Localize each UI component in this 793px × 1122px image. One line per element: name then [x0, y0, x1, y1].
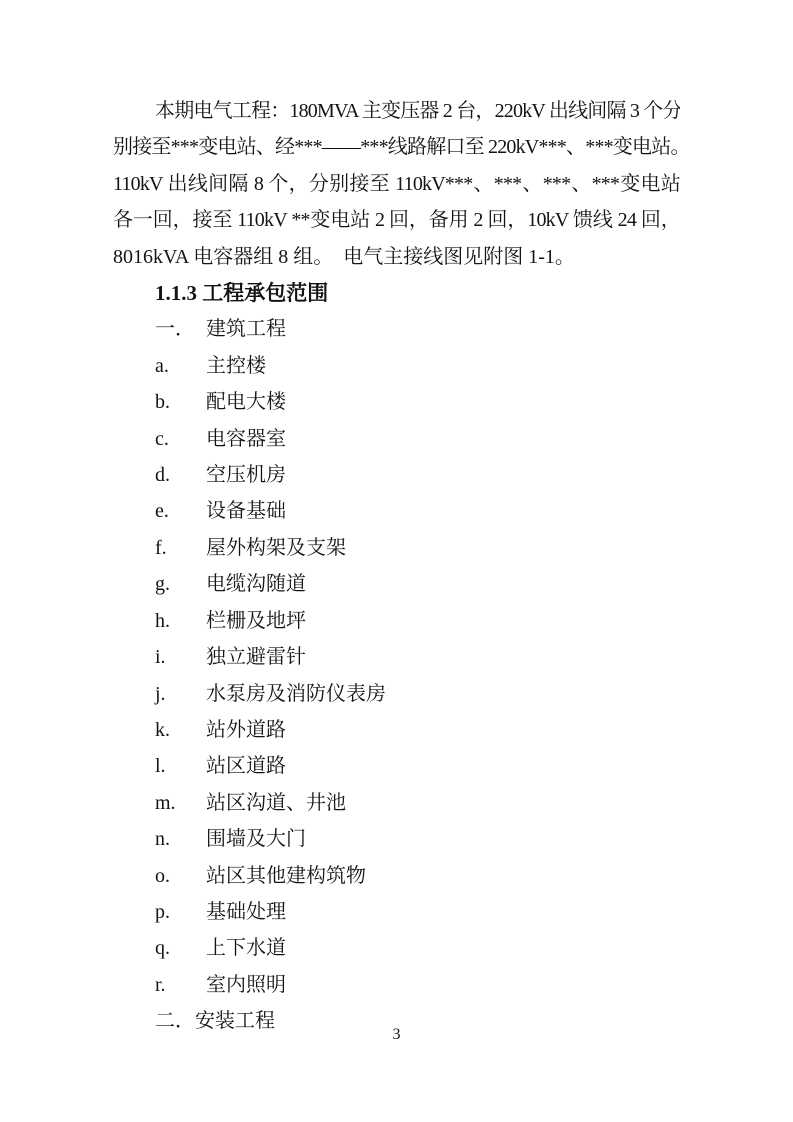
list-item-marker: k.	[155, 712, 206, 748]
paragraph-line: 8016kVA 电容器组 8 组。 电气主接线图见附图 1-1。	[113, 239, 680, 275]
list-item: q.上下水道	[113, 930, 680, 966]
list-item-marker: p.	[155, 894, 206, 930]
list-item-text: 电容器室	[206, 428, 286, 450]
section-heading: 1.1.3 工程承包范围	[113, 275, 680, 311]
list-item: d.空压机房	[113, 457, 680, 493]
list-item: a.主控楼	[113, 348, 680, 384]
list-item-text: 基础处理	[206, 901, 286, 923]
list-item-text: 站区其他建构筑物	[206, 865, 366, 887]
list-item: h.栏栅及地坪	[113, 603, 680, 639]
document-content: 本期电气工程：180MVA 主变压器 2 台，220kV 出线间隔 3 个分 别…	[113, 93, 680, 1040]
list-item-text: 站外道路	[206, 719, 286, 741]
paragraph-line: 本期电气工程：180MVA 主变压器 2 台，220kV 出线间隔 3 个分	[113, 93, 680, 129]
list-item-marker: f.	[155, 530, 206, 566]
paragraph-line: 别接至***变电站、经***——***线路解口至 220kV***、***变电站…	[113, 129, 680, 165]
list-item-text: 室内照明	[206, 974, 286, 996]
list-item-marker: e.	[155, 493, 206, 529]
work-scope-list: 一．建筑工程 a.主控楼 b.配电大楼 c.电容器室 d.空压机房 e.设备基础…	[113, 311, 680, 1039]
list-item-text: 水泵房及消防仪表房	[206, 683, 386, 705]
list-item-marker: g.	[155, 566, 206, 602]
list-item-marker: r.	[155, 967, 206, 1003]
list-item-text: 站区沟道、井池	[206, 792, 346, 814]
list-item-marker: a.	[155, 348, 206, 384]
list-item-text: 独立避雷针	[206, 646, 306, 668]
list-item-marker: b.	[155, 384, 206, 420]
list-item: l.站区道路	[113, 748, 680, 784]
list-item: f.屋外构架及支架	[113, 530, 680, 566]
list-item-marker: d.	[155, 457, 206, 493]
list-item-text: 上下水道	[206, 937, 286, 959]
list-item-text: 栏栅及地坪	[206, 610, 306, 632]
list-item-marker: 一．	[155, 311, 206, 347]
list-item: c.电容器室	[113, 421, 680, 457]
page-number: 3	[0, 1026, 793, 1044]
list-item-text: 主控楼	[206, 355, 266, 377]
list-item: j.水泵房及消防仪表房	[113, 676, 680, 712]
list-item-marker: h.	[155, 603, 206, 639]
body-paragraph: 本期电气工程：180MVA 主变压器 2 台，220kV 出线间隔 3 个分 别…	[113, 93, 680, 275]
list-item: g.电缆沟随道	[113, 566, 680, 602]
list-item-text: 屋外构架及支架	[206, 537, 346, 559]
list-item: r.室内照明	[113, 967, 680, 1003]
paragraph-line: 110kV 出线间隔 8 个，分别接至 110kV***、***、***、***…	[113, 166, 680, 202]
list-item-text: 建筑工程	[206, 318, 286, 340]
list-item-marker: i.	[155, 639, 206, 675]
list-item-text: 设备基础	[206, 500, 286, 522]
list-item-marker: m.	[155, 785, 206, 821]
list-item-text: 空压机房	[206, 464, 286, 486]
paragraph-line: 各一回，接至 110kV **变电站 2 回，备用 2 回，10kV 馈线 24…	[113, 202, 680, 238]
list-item: e.设备基础	[113, 493, 680, 529]
list-item-marker: o.	[155, 858, 206, 894]
list-item: m.站区沟道、井池	[113, 785, 680, 821]
list-item-text: 电缆沟随道	[206, 573, 306, 595]
list-item: p.基础处理	[113, 894, 680, 930]
list-item: o.站区其他建构筑物	[113, 858, 680, 894]
list-item: n.围墙及大门	[113, 821, 680, 857]
list-item-text: 围墙及大门	[206, 828, 306, 850]
list-item-marker: l.	[155, 748, 206, 784]
list-item-marker: j.	[155, 676, 206, 712]
list-item-marker: n.	[155, 821, 206, 857]
document-page: { "paragraph": { "lines": [ "本期电气工程：180M…	[0, 0, 793, 1122]
list-item-marker: q.	[155, 930, 206, 966]
list-item-text: 配电大楼	[206, 391, 286, 413]
list-item-marker: c.	[155, 421, 206, 457]
list-item: k.站外道路	[113, 712, 680, 748]
list-item: b.配电大楼	[113, 384, 680, 420]
list-item: 一．建筑工程	[113, 311, 680, 347]
list-item: i.独立避雷针	[113, 639, 680, 675]
list-item-text: 站区道路	[206, 755, 286, 777]
